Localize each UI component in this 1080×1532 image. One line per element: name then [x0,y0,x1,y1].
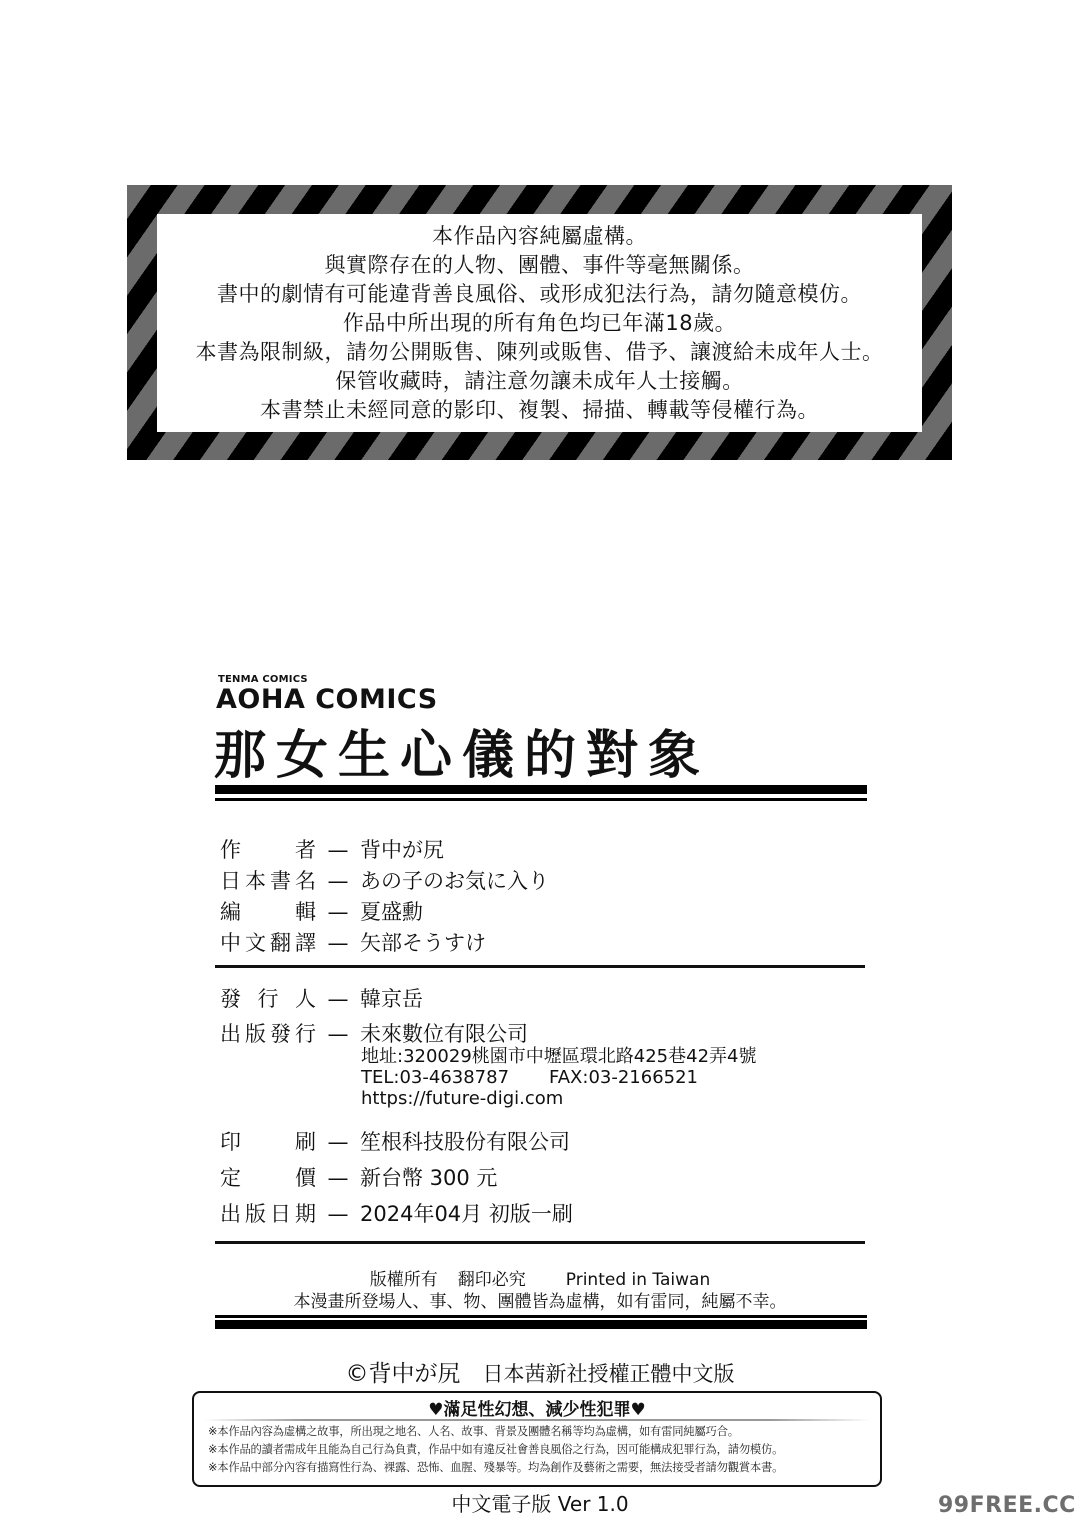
credit-row-printer: 印刷 — 笙根科技股份有限公司 [220,1126,570,1156]
warning-line: 本作品內容純屬虛構。 [432,222,647,251]
footer-thick-rule [215,1320,867,1329]
edition-version: 中文電子版 Ver 1.0 [0,1488,1080,1517]
credit-dash: — [316,900,360,924]
credit-dash: — [316,1022,360,1046]
credit-label: 作者 [220,834,316,864]
credit-row-issuer: 發行人 — 韓京岳 [220,983,423,1013]
credit-dash: — [316,1202,360,1226]
credit-dash: — [316,1130,360,1154]
reader-notice-box: ♥滿足性幻想、減少性犯罪♥ ※本作品內容為虛構之故事，所出現之地名、人名、故事、… [192,1391,882,1487]
notice-separator [204,1419,870,1421]
publisher-phone-fax: TEL:03-4638787FAX:03-2166521 [361,1067,698,1088]
publisher-company: 未來數位有限公司 [360,1018,528,1048]
copyright-author: ©背中が尻 [346,1361,461,1387]
fiction-notice: 本漫畫所登場人、事、物、團體皆為虛構，如有雷同，純屬不幸。 [0,1287,1080,1312]
publisher-website: https://future-digi.com [361,1088,563,1109]
credit-row-publish-date: 出版日期 — 2024年04月 初版一刷 [220,1198,573,1228]
credit-value: 矢部そうすけ [360,927,486,957]
content-warning-box: 本作品內容純屬虛構。 與實際存在的人物、團體、事件等毫無關係。 書中的劇情有可能… [127,185,952,460]
content-warning-panel: 本作品內容純屬虛構。 與實際存在的人物、團體、事件等毫無關係。 書中的劇情有可能… [157,214,922,432]
credit-dash: — [316,987,360,1011]
credit-row-price: 定價 — 新台幣 300 元 [220,1162,497,1192]
credit-row-original-title: 日本書名 — あの子のお気に入り [220,865,549,895]
section-rule [215,965,865,968]
warning-line: 與實際存在的人物、團體、事件等毫無關係。 [325,251,755,280]
warning-line: 本書為限制級，請勿公開販售、陳列或販售、借予、讓渡給未成年人士。 [196,338,884,367]
credit-label: 發行人 [220,983,316,1013]
series-label: AOHA COMICS [216,684,438,715]
title-thin-rule [215,798,867,801]
credit-dash: — [316,869,360,893]
book-title: 那女生心儀的對象 [214,726,710,786]
credit-label: 定價 [220,1162,316,1192]
section-rule [215,1241,865,1244]
credit-label: 編輯 [220,896,316,926]
footer-thin-rule [215,1315,867,1318]
notice-line: ※本作品內容為虛構之故事，所出現之地名、人名、故事、背景及團體名稱等均為虛構，如… [208,1423,739,1441]
warning-line: 本書禁止未經同意的影印、複製、掃描、轉載等侵權行為。 [260,396,819,425]
watermark: 99FREE.CC [938,1493,1076,1518]
publisher-fax: FAX:03-2166521 [549,1067,698,1088]
license-notice: 日本茜新社授權正體中文版 [483,1362,735,1386]
warning-line: 保管收藏時，請注意勿讓未成年人士接觸。 [335,367,744,396]
credit-value: 夏盛勳 [360,896,423,926]
notice-line: ※本作品中部分內容有描寫性行為、裸露、恐怖、血腥、殘暴等。均為創作及藝術之需要，… [208,1459,783,1477]
title-thick-rule [215,785,867,794]
notice-title: ♥滿足性幻想、減少性犯罪♥ [194,1395,880,1420]
credit-label: 中文翻譯 [220,927,316,957]
credit-label: 出版發行 [220,1018,316,1048]
credit-row-translator: 中文翻譯 — 矢部そうすけ [220,927,486,957]
notice-line: ※本作品的讀者需成年且能為自己行為負責，作品中如有違反社會善良風俗之行為，因可能… [208,1441,783,1459]
credit-row-publisher: 出版發行 — 未來數位有限公司 [220,1018,528,1048]
credit-value: 笙根科技股份有限公司 [360,1126,570,1156]
credit-label: 印刷 [220,1126,316,1156]
credit-value: あの子のお気に入り [360,865,549,895]
credit-row-editor: 編輯 — 夏盛勳 [220,896,423,926]
credit-label: 日本書名 [220,865,316,895]
copyright-line: ©背中が尻日本茜新社授權正體中文版 [0,1355,1080,1388]
credit-dash: — [316,838,360,862]
credit-label: 出版日期 [220,1198,316,1228]
credit-value: 背中が尻 [360,834,444,864]
warning-line: 作品中所出現的所有角色均已年滿18歲。 [343,309,736,338]
credit-value: 新台幣 300 元 [360,1162,497,1192]
credit-value: 韓京岳 [360,983,423,1013]
warning-line: 書中的劇情有可能違背善良風俗、或形成犯法行為，請勿隨意模仿。 [217,280,862,309]
credit-dash: — [316,1166,360,1190]
credit-value: 2024年04月 初版一刷 [360,1198,573,1228]
credit-dash: — [316,931,360,955]
publisher-tel: TEL:03-4638787 [361,1067,509,1088]
credit-row-author: 作者 — 背中が尻 [220,834,444,864]
publisher-address: 地址:320029桃園市中壢區環北路425巷42弄4號 [361,1046,757,1067]
